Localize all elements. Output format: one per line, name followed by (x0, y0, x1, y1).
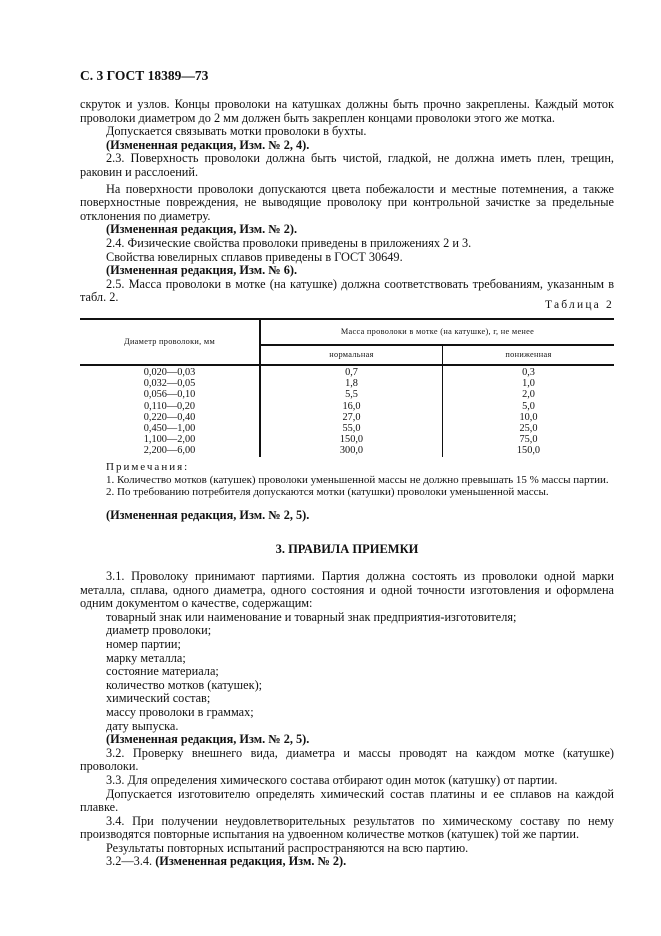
list-item: номер партии; (80, 638, 614, 652)
revision-note: (Измененная редакция, Изм. № 6). (80, 264, 614, 278)
paragraph-3-3: 3.3. Для определения химического состава… (80, 774, 614, 788)
cell-mass-reduced: 75,0 (443, 434, 615, 445)
cell-mass-reduced: 2,0 (443, 389, 615, 400)
cell-diameter: 0,056—0,10 (80, 389, 260, 400)
paragraph: Результаты повторных испытаний распростр… (80, 842, 614, 856)
table-row: 0,450—1,0055,025,0 (80, 423, 614, 434)
cell-mass-reduced: 0,3 (443, 365, 615, 378)
cell-diameter: 0,032—0,05 (80, 378, 260, 389)
list-item: состояние материала; (80, 665, 614, 679)
column-header-normal: нормальная (260, 345, 443, 365)
paragraph: Допускается связывать мотки проволоки в … (80, 125, 614, 139)
final-revision-note: 3.2—3.4. (Измененная редакция, Изм. № 2)… (80, 855, 614, 869)
revision-note: (Измененная редакция, Изм. № 2, 5). (80, 733, 614, 747)
section-2-continuation: скруток и узлов. Концы проволоки на кату… (80, 98, 614, 305)
section-3-body: 3.1. Проволоку принимают партиями. Парти… (80, 570, 614, 869)
cell-diameter: 1,100—2,00 (80, 434, 260, 445)
list-item: диаметр проволоки; (80, 624, 614, 638)
list-item: массу проволоки в граммах; (80, 706, 614, 720)
cell-mass-normal: 16,0 (260, 401, 443, 412)
cell-mass-normal: 1,8 (260, 378, 443, 389)
revision-note: (Измененная редакция, Изм. № 2). (155, 854, 346, 868)
table-notes: Примечания: 1. Количество мотков (катуше… (80, 461, 614, 521)
paragraph: скруток и узлов. Концы проволоки на кату… (80, 98, 614, 125)
list-item: товарный знак или наименование и товарны… (80, 611, 614, 625)
table-label: Таблица 2 (80, 299, 614, 313)
list-item: марку металла; (80, 652, 614, 666)
cell-mass-normal: 55,0 (260, 423, 443, 434)
revision-note: (Измененная редакция, Изм. № 2). (80, 223, 614, 237)
cell-mass-normal: 5,5 (260, 389, 443, 400)
paragraph: Свойства ювелирных сплавов приведены в Г… (80, 251, 614, 265)
paragraph-3-1: 3.1. Проволоку принимают партиями. Парти… (80, 570, 614, 611)
note-2: 2. По требованию потребителя допускаются… (80, 486, 614, 499)
paragraph-2-3: 2.3. Поверхность проволоки должна быть ч… (80, 152, 614, 179)
table-row: 0,110—0,2016,05,0 (80, 401, 614, 412)
cell-mass-reduced: 1,0 (443, 378, 615, 389)
cell-diameter: 2,200—6,00 (80, 445, 260, 456)
table-row: 2,200—6,00300,0150,0 (80, 445, 614, 456)
cell-diameter: 0,220—0,40 (80, 412, 260, 423)
cell-diameter: 0,450—1,00 (80, 423, 260, 434)
list-item: дату выпуска. (80, 720, 614, 734)
cell-diameter: 0,020—0,03 (80, 365, 260, 378)
paragraph-3-2: 3.2. Проверку внешнего вида, диаметра и … (80, 747, 614, 774)
revision-range: 3.2—3.4. (106, 854, 152, 868)
table-row: 1,100—2,00150,075,0 (80, 434, 614, 445)
column-header-reduced: пониженная (443, 345, 615, 365)
cell-mass-normal: 27,0 (260, 412, 443, 423)
paragraph-2-4: 2.4. Физические свойства проволоки приве… (80, 237, 614, 251)
revision-note: (Измененная редакция, Изм. № 2, 5). (80, 509, 614, 522)
note-1: 1. Количество мотков (катушек) проволоки… (80, 474, 614, 487)
table-row: 0,032—0,051,81,0 (80, 378, 614, 389)
cell-mass-reduced: 25,0 (443, 423, 615, 434)
table-row: 0,056—0,105,52,0 (80, 389, 614, 400)
cell-mass-reduced: 150,0 (443, 445, 615, 456)
column-group-header-mass: Масса проволоки в мотке (на катушке), г,… (260, 319, 614, 345)
paragraph: Допускается изготовителю определять хими… (80, 788, 614, 815)
cell-mass-normal: 300,0 (260, 445, 443, 456)
table-row: 0,220—0,4027,010,0 (80, 412, 614, 423)
table-2: Диаметр проволоки, мм Масса проволоки в … (80, 318, 614, 457)
paragraph: На поверхности проволоки допускаются цве… (80, 183, 614, 224)
revision-note: (Измененная редакция, Изм. № 2, 4). (80, 139, 614, 153)
cell-mass-reduced: 10,0 (443, 412, 615, 423)
cell-mass-normal: 150,0 (260, 434, 443, 445)
document-contents-list: товарный знак или наименование и товарны… (80, 611, 614, 733)
cell-mass-reduced: 5,0 (443, 401, 615, 412)
cell-mass-normal: 0,7 (260, 365, 443, 378)
table-row: 0,020—0,030,70,3 (80, 365, 614, 378)
column-header-diameter: Диаметр проволоки, мм (80, 319, 260, 365)
cell-diameter: 0,110—0,20 (80, 401, 260, 412)
section-3-title: 3. ПРАВИЛА ПРИЕМКИ (80, 543, 614, 557)
list-item: химический состав; (80, 692, 614, 706)
list-item: количество мотков (катушек); (80, 679, 614, 693)
page-header: С. 3 ГОСТ 18389—73 (80, 69, 208, 83)
notes-title: Примечания: (80, 461, 614, 474)
paragraph-3-4: 3.4. При получении неудовлетворительных … (80, 815, 614, 842)
